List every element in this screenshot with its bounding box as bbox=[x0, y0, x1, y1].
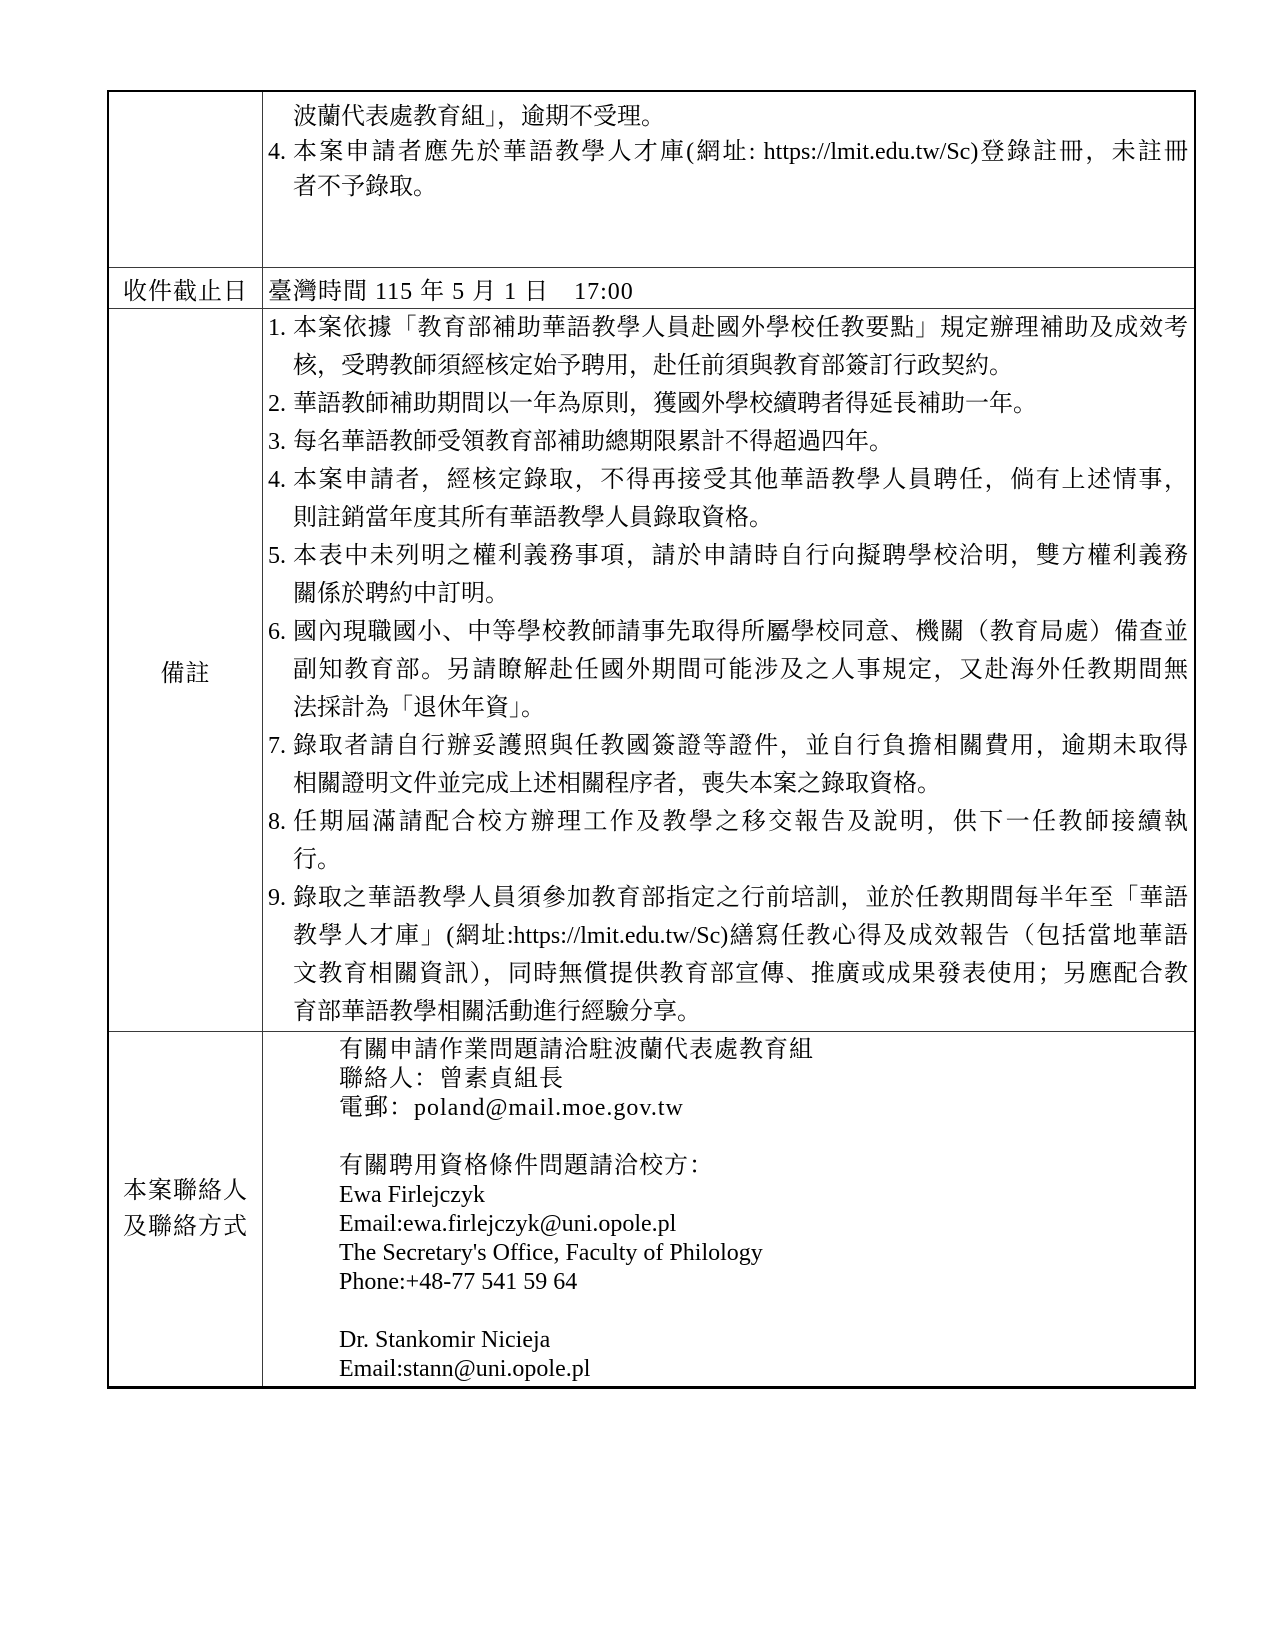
row-label-empty bbox=[109, 92, 263, 267]
contact-line: 有關申請作業問題請洽駐波蘭代表處教育組 bbox=[339, 1036, 1188, 1065]
document-page: 波蘭代表處教育組」，逾期不受理。 4. 本案申請者應先於華語教學人才庫(網址: … bbox=[0, 0, 1275, 1650]
deadline-value: 臺灣時間 115 年 5 月 1 日 17:00 bbox=[263, 268, 1194, 308]
application-table: 波蘭代表處教育組」，逾期不受理。 4. 本案申請者應先於華語教學人才庫(網址: … bbox=[107, 90, 1196, 1389]
note-line: 本表中未列明之權利義務事項，請於申請時自行向擬聘學校洽明，雙方權利義務 bbox=[293, 537, 1188, 575]
note-line: 錄取者請自行辦妥護照與任教國簽證等證件，並自行負擔相關費用，逾期未取得 bbox=[293, 727, 1188, 765]
row-label-remarks: 備註 bbox=[109, 309, 263, 1031]
note-item: 2. 華語教師補助期間以一年為原則，獲國外學校續聘者得延長補助一年。 bbox=[263, 385, 1188, 423]
note-line: 任期屆滿請配合校方辦理工作及教學之移交報告及說明，供下一任教師接續執 bbox=[293, 803, 1188, 841]
contact-line: Dr. Stankomir Nicieja bbox=[339, 1326, 1188, 1355]
note-item: 3. 每名華語教師受領教育部補助總期限累計不得超過四年。 bbox=[263, 423, 1188, 461]
note-item-number: 8. bbox=[268, 803, 286, 841]
contact-line: Email:ewa.firlejczyk@uni.opole.pl bbox=[339, 1210, 1188, 1239]
note-item-number: 2. bbox=[268, 385, 286, 423]
note-item-number: 3. bbox=[268, 423, 286, 461]
note-item-number: 7. bbox=[268, 727, 286, 765]
table-row-remarks: 備註 1. 本案依據「教育部補助華語教學人員赴國外學校任教要點」規定辦理補助及成… bbox=[109, 308, 1194, 1031]
row-label-contact: 本案聯絡人 及聯絡方式 bbox=[109, 1032, 263, 1386]
note-line: 華語教師補助期間以一年為原則，獲國外學校續聘者得延長補助一年。 bbox=[293, 385, 1188, 423]
note-item: 6. 國內現職國小、中等學校教師請事先取得所屬學校同意、機關（教育局處）備查並 … bbox=[263, 613, 1188, 727]
note-item: 1. 本案依據「教育部補助華語教學人員赴國外學校任教要點」規定辦理補助及成效考 … bbox=[263, 309, 1188, 385]
list-item-line: 本案申請者應先於華語教學人才庫(網址: https://lmit.edu.tw/… bbox=[293, 135, 1188, 170]
row-label-deadline: 收件截止日 bbox=[109, 268, 263, 308]
note-line: 相關證明文件並完成上述相關程序者，喪失本案之錄取資格。 bbox=[293, 765, 1188, 803]
contact-line: Ewa Firlejczyk bbox=[339, 1181, 1188, 1210]
note-item-number: 6. bbox=[268, 613, 286, 651]
note-item: 7. 錄取者請自行辦妥護照與任教國簽證等證件，並自行負擔相關費用，逾期未取得 相… bbox=[263, 727, 1188, 803]
note-line: 文教育相關資訊），同時無償提供教育部宣傳、推廣或成果發表使用；另應配合教 bbox=[293, 955, 1188, 993]
note-line: 關係於聘約中訂明。 bbox=[293, 575, 1188, 613]
note-item-number: 1. bbox=[268, 309, 286, 347]
contact-line: The Secretary's Office, Faculty of Philo… bbox=[339, 1239, 1188, 1268]
continuation-content: 波蘭代表處教育組」，逾期不受理。 4. 本案申請者應先於華語教學人才庫(網址: … bbox=[263, 92, 1194, 267]
contact-line: 有關聘用資格條件問題請洽校方： bbox=[339, 1152, 1188, 1181]
contact-line: 聯絡人：曾素貞組長 bbox=[339, 1065, 1188, 1094]
table-row-contact: 本案聯絡人 及聯絡方式 有關申請作業問題請洽駐波蘭代表處教育組 聯絡人：曾素貞組… bbox=[109, 1031, 1194, 1386]
contact-line: Phone:+48-77 541 59 64 bbox=[339, 1268, 1188, 1297]
table-row-deadline: 收件截止日 臺灣時間 115 年 5 月 1 日 17:00 bbox=[109, 267, 1194, 308]
contact-line-blank bbox=[339, 1297, 1188, 1326]
note-line: 法採計為「退休年資」。 bbox=[293, 689, 1188, 727]
note-line: 國內現職國小、中等學校教師請事先取得所屬學校同意、機關（教育局處）備查並 bbox=[293, 613, 1188, 651]
note-line: 本案申請者，經核定錄取，不得再接受其他華語教學人員聘任，倘有上述情事， bbox=[293, 461, 1188, 499]
note-item: 5. 本表中未列明之權利義務事項，請於申請時自行向擬聘學校洽明，雙方權利義務 關… bbox=[263, 537, 1188, 613]
list-item-number: 4. bbox=[268, 135, 286, 170]
note-item-number: 5. bbox=[268, 537, 286, 575]
remarks-content: 1. 本案依據「教育部補助華語教學人員赴國外學校任教要點」規定辦理補助及成效考 … bbox=[263, 309, 1194, 1031]
note-line: 每名華語教師受領教育部補助總期限累計不得超過四年。 bbox=[293, 423, 1188, 461]
contact-line: Email:stann@uni.opole.pl bbox=[339, 1355, 1188, 1384]
note-item: 8. 任期屆滿請配合校方辦理工作及教學之移交報告及說明，供下一任教師接續執 行。 bbox=[263, 803, 1188, 879]
contact-line-blank bbox=[339, 1123, 1188, 1152]
note-item-number: 4. bbox=[268, 461, 286, 499]
continuation-line: 波蘭代表處教育組」，逾期不受理。 bbox=[263, 100, 1188, 135]
note-line: 副知教育部。另請瞭解赴任國外期間可能涉及之人事規定，又赴海外任教期間無 bbox=[293, 651, 1188, 689]
note-line: 教學人才庫」(網址:https://lmit.edu.tw/Sc)繕寫任教心得及… bbox=[293, 917, 1188, 955]
note-line: 行。 bbox=[293, 841, 1188, 879]
contact-line: 電郵：poland@mail.moe.gov.tw bbox=[339, 1094, 1188, 1123]
table-row-continuation: 波蘭代表處教育組」，逾期不受理。 4. 本案申請者應先於華語教學人才庫(網址: … bbox=[109, 92, 1194, 267]
row-label-contact-line: 本案聯絡人 bbox=[123, 1173, 248, 1209]
note-item: 9. 錄取之華語教學人員須參加教育部指定之行前培訓，並於任教期間每半年至「華語 … bbox=[263, 879, 1188, 1031]
note-item-number: 9. bbox=[268, 879, 286, 917]
note-line: 錄取之華語教學人員須參加教育部指定之行前培訓，並於任教期間每半年至「華語 bbox=[293, 879, 1188, 917]
row-label-contact-line: 及聯絡方式 bbox=[123, 1209, 248, 1245]
note-line: 核，受聘教師須經核定始予聘用，赴任前須與教育部簽訂行政契約。 bbox=[293, 347, 1188, 385]
note-line: 則註銷當年度其所有華語教學人員錄取資格。 bbox=[293, 499, 1188, 537]
list-item-line: 者不予錄取。 bbox=[293, 170, 1188, 205]
note-item: 4. 本案申請者，經核定錄取，不得再接受其他華語教學人員聘任，倘有上述情事， 則… bbox=[263, 461, 1188, 537]
list-item: 4. 本案申請者應先於華語教學人才庫(網址: https://lmit.edu.… bbox=[263, 135, 1188, 205]
note-line: 本案依據「教育部補助華語教學人員赴國外學校任教要點」規定辦理補助及成效考 bbox=[293, 309, 1188, 347]
note-line: 育部華語教學相關活動進行經驗分享。 bbox=[293, 993, 1188, 1031]
contact-content: 有關申請作業問題請洽駐波蘭代表處教育組 聯絡人：曾素貞組長 電郵：poland@… bbox=[263, 1032, 1194, 1386]
